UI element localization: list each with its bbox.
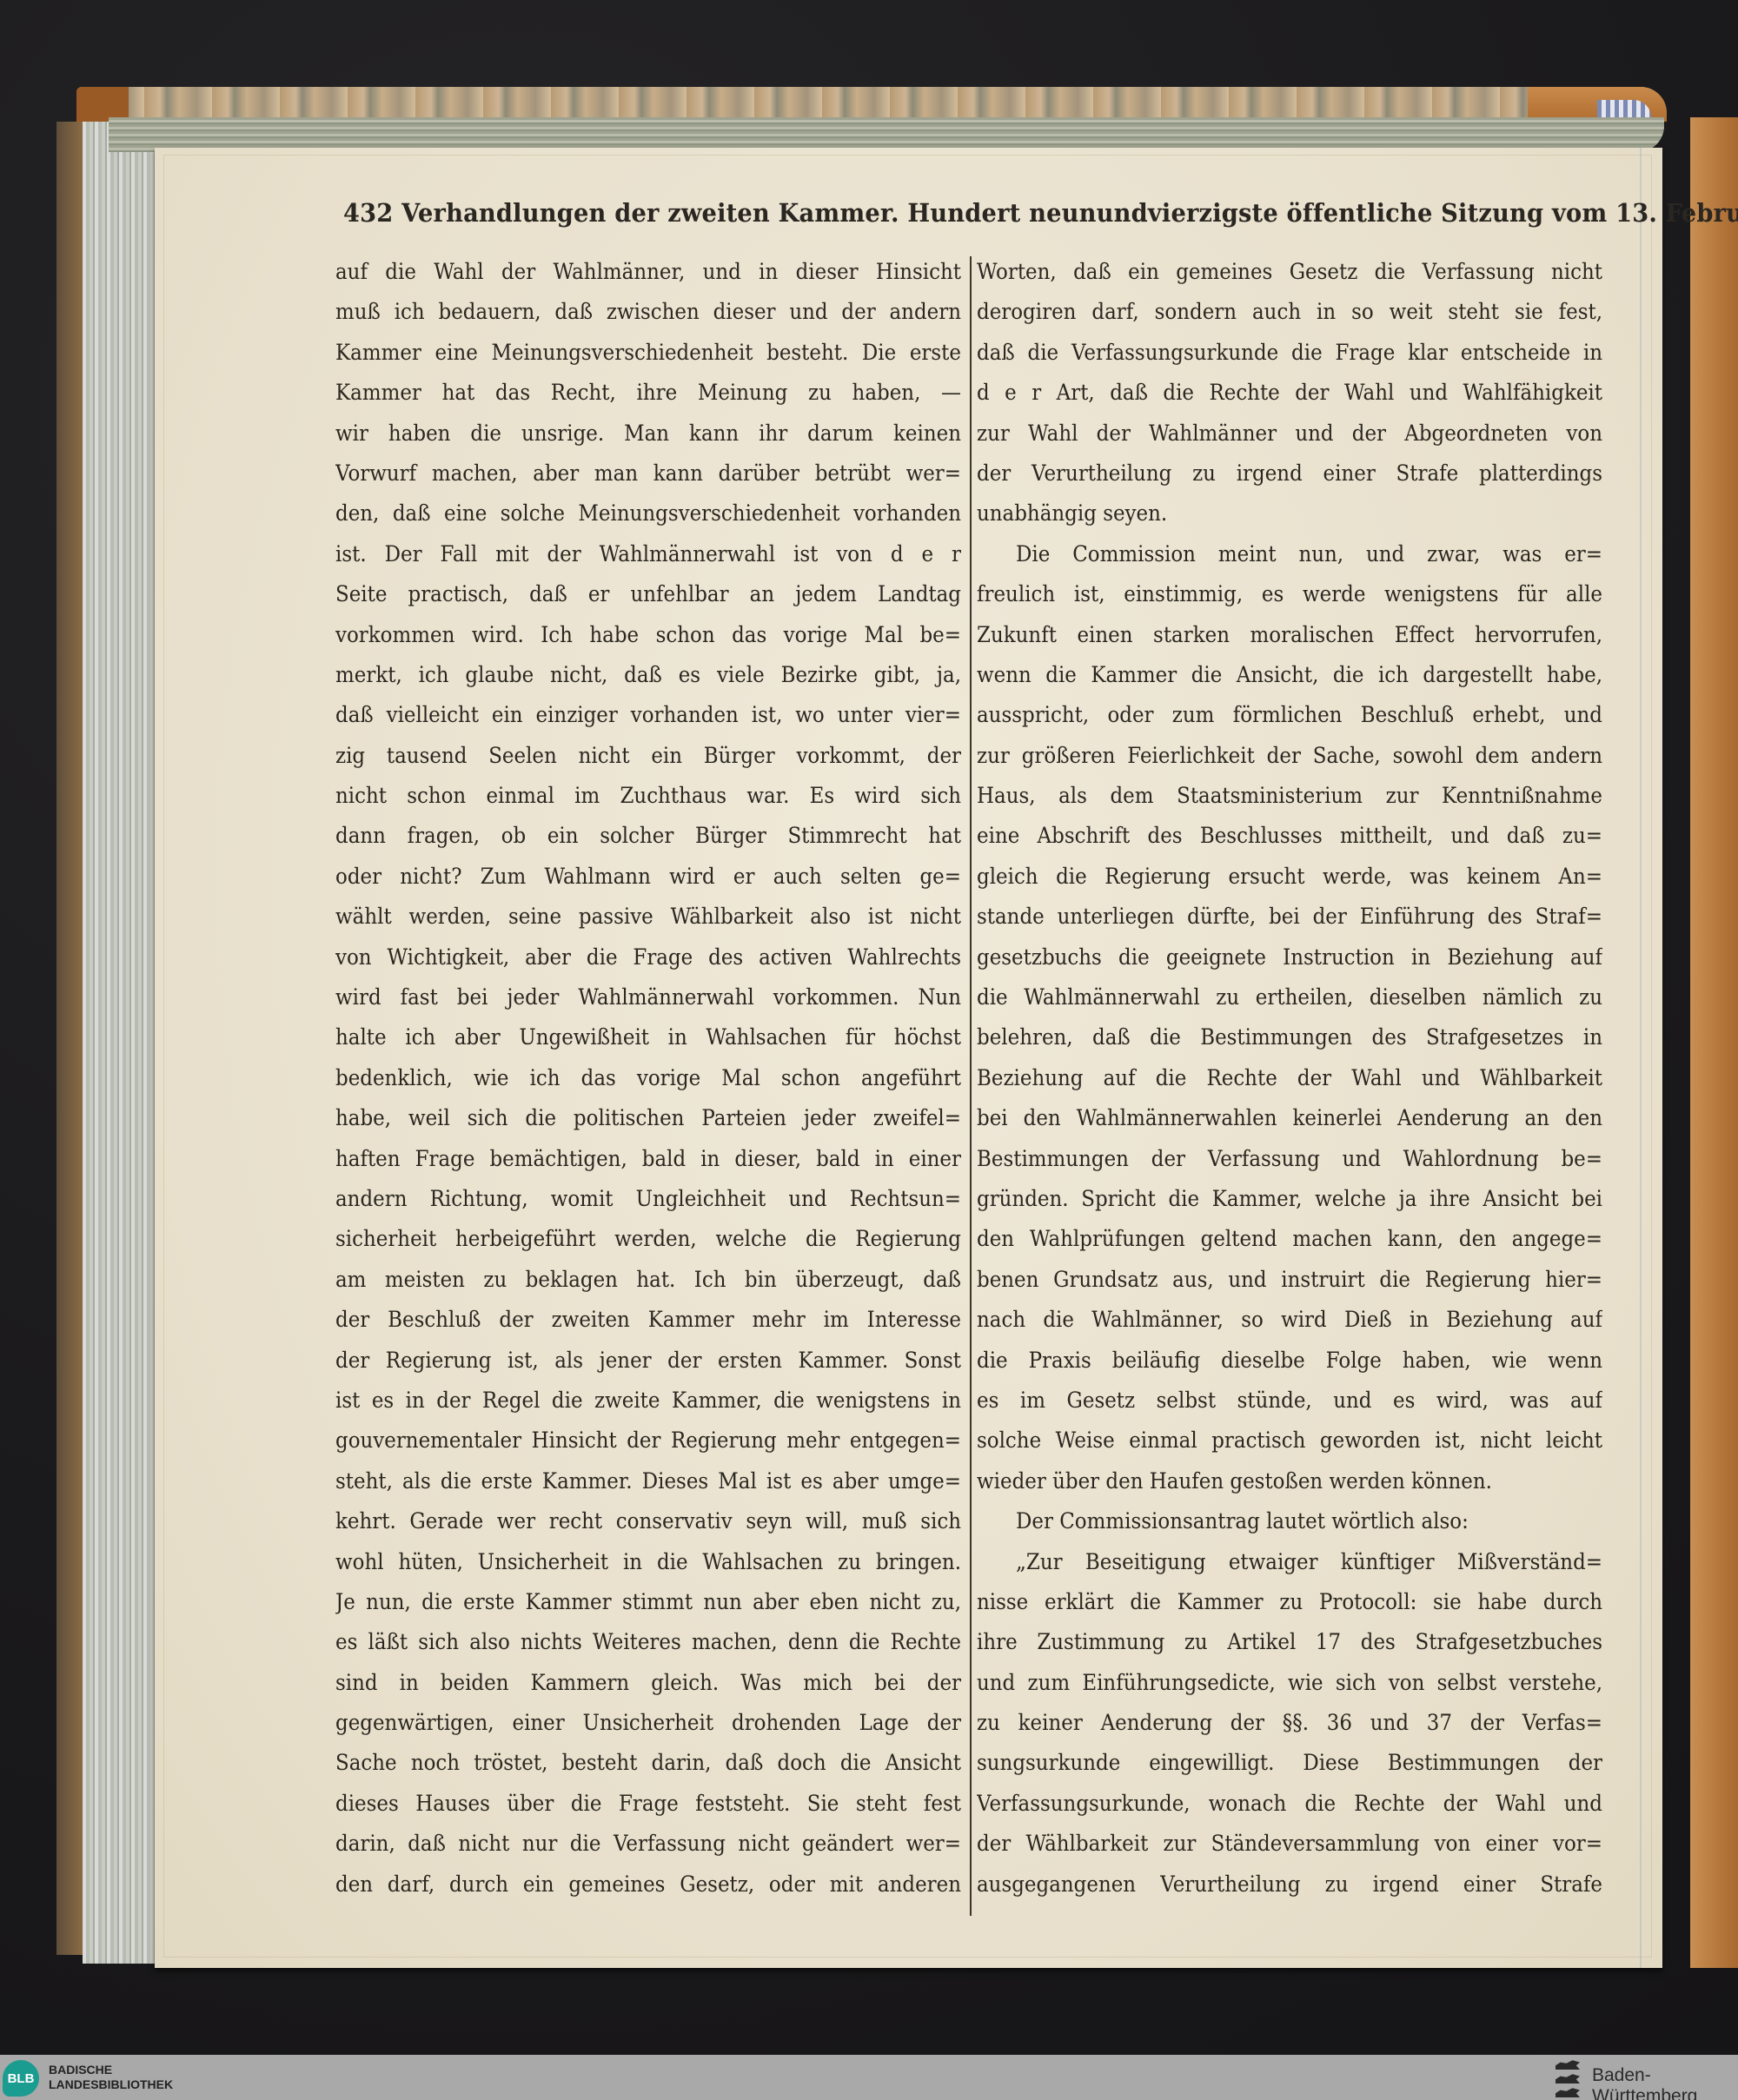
text-line: ihre Zustimmung zu Artikel 17 des Strafg… — [977, 1622, 1602, 1662]
baden-wuerttemberg-lions-icon[interactable] — [1556, 2059, 1582, 2097]
blb-logo-text: BLB — [8, 2071, 35, 2086]
text-line: nach die Wahlmänner, so wird Dieß in Bez… — [977, 1300, 1602, 1340]
text-line: freulich ist, einstimmig, es werde wenig… — [977, 574, 1602, 614]
page-stack-top — [109, 117, 1664, 152]
text-line: Seite practisch, daß er unfehlbar an jed… — [335, 574, 961, 614]
text-line: wohl hüten, Unsicherheit in die Wahlsach… — [335, 1542, 961, 1582]
text-line: d e r Art, daß die Rechte der Wahl und W… — [977, 373, 1602, 413]
text-line: andern Richtung, womit Ungleichheit und … — [335, 1179, 961, 1219]
text-line: den darf, durch ein gemeines Gesetz, ode… — [335, 1865, 961, 1905]
text-line: zu keiner Aenderung der §§. 36 und 37 de… — [977, 1703, 1602, 1743]
text-line: Sache noch tröstet, besteht darin, daß d… — [335, 1743, 961, 1783]
text-line: haften Frage bemächtigen, bald in dieser… — [335, 1139, 961, 1179]
text-line: wenn die Kammer die Ansicht, die ich dar… — [977, 655, 1602, 695]
text-line: bei den Wahlmännerwahlen keinerlei Aende… — [977, 1098, 1602, 1138]
text-line: und zum Einführungsedicte, wie sich von … — [977, 1663, 1602, 1703]
page-stack-left — [83, 122, 156, 1964]
text-line: „Zur Beseitigung etwaiger künftiger Mißv… — [977, 1542, 1602, 1582]
text-line: wird fast bei jeder Wahlmännerwahl vorko… — [335, 977, 961, 1017]
text-line: daß vielleicht ein einziger vorhanden is… — [335, 695, 961, 735]
text-column-right: Worten, daß ein gemeines Gesetz die Verf… — [977, 252, 1602, 1905]
text-line: Die Commission meint nun, und zwar, was … — [977, 534, 1602, 574]
text-line: gouvernementaler Hinsicht der Regierung … — [335, 1421, 961, 1461]
text-line: wir haben die unsrige. Man kann ihr daru… — [335, 414, 961, 454]
text-line: es im Gesetz selbst stünde, und es wird,… — [977, 1381, 1602, 1421]
book-cover-top-edge — [76, 87, 1667, 122]
text-line: sicherheit herbeigeführt werden, welche … — [335, 1219, 961, 1259]
text-line: dieses Hauses über die Frage feststeht. … — [335, 1784, 961, 1824]
text-line: der Verurtheilung zu irgend einer Strafe… — [977, 454, 1602, 494]
text-line: steht, als die erste Kammer. Dieses Mal … — [335, 1461, 961, 1501]
text-line: der Wählbarkeit zur Ständeversammlung vo… — [977, 1824, 1602, 1864]
lion-icon — [1556, 2059, 1580, 2070]
text-line: eine Abschrift des Beschlusses mittheilt… — [977, 816, 1602, 856]
text-line: Kammer eine Meinungsverschiedenheit best… — [335, 333, 961, 373]
text-line: merkt, ich glaube nicht, daß es viele Be… — [335, 655, 961, 695]
text-line: derogiren darf, sondern auch in so weit … — [977, 292, 1602, 332]
text-line: wieder über den Haufen gestoßen werden k… — [977, 1461, 1602, 1501]
text-line: darin, daß nicht nur die Verfassung nich… — [335, 1824, 961, 1864]
blb-logo-icon[interactable]: BLB — [3, 2060, 39, 2097]
book-spine-edge — [1690, 117, 1738, 1968]
text-line: es läßt sich also nichts Weiteres machen… — [335, 1622, 961, 1662]
text-line: Vorwurf machen, aber man kann darüber be… — [335, 454, 961, 494]
text-line: Zukunft einen starken moralischen Effect… — [977, 615, 1602, 655]
text-line: ist. Der Fall mit der Wahlmännerwahl ist… — [335, 534, 961, 574]
text-line: gegenwärtigen, einer Unsicherheit drohen… — [335, 1703, 961, 1743]
running-head: 432 Verhandlungen der zweiten Kammer. Hu… — [343, 198, 1503, 233]
state-name[interactable]: Baden-Württemberg — [1592, 2065, 1738, 2100]
text-line: die Praxis beiläufig dieselbe Folge habe… — [977, 1341, 1602, 1381]
text-line: halte ich aber Ungewißheit in Wahlsachen… — [335, 1017, 961, 1057]
text-line: vorkommen wird. Ich habe schon das vorig… — [335, 615, 961, 655]
text-line: dann fragen, ob ein solcher Bürger Stimm… — [335, 816, 961, 856]
text-line: Der Commissionsantrag lautet wörtlich al… — [977, 1501, 1602, 1541]
text-line: stande unterliegen dürfte, bei der Einfü… — [977, 897, 1602, 937]
text-line: sungsurkunde eingewilligt. Diese Bestimm… — [977, 1743, 1602, 1783]
text-line: zur Wahl der Wahlmänner und der Abgeordn… — [977, 414, 1602, 454]
text-line: belehren, daß die Bestimmungen des Straf… — [977, 1017, 1602, 1057]
library-name-line1: BADISCHE — [49, 2063, 173, 2077]
text-line: die Wahlmännerwahl zu ertheilen, dieselb… — [977, 977, 1602, 1017]
column-divider — [970, 256, 972, 1916]
lion-icon — [1556, 2073, 1580, 2083]
text-line: benen Grundsatz aus, und instruirt die R… — [977, 1260, 1602, 1300]
text-line: nisse erklärt die Kammer zu Protocoll: s… — [977, 1582, 1602, 1622]
text-line: Haus, als dem Staatsministerium zur Kenn… — [977, 776, 1602, 816]
text-line: gleich die Regierung ersucht werde, was … — [977, 857, 1602, 897]
text-line: wählt werden, seine passive Wählbarkeit … — [335, 897, 961, 937]
leather-corner-left — [76, 87, 129, 122]
text-line: muß ich bedauern, daß zwischen dieser un… — [335, 292, 961, 332]
text-line: auf die Wahl der Wahlmänner, und in dies… — [335, 252, 961, 292]
text-line: am meisten zu beklagen hat. Ich bin über… — [335, 1260, 961, 1300]
text-line: ausgegangenen Verurtheilung zu irgend ei… — [977, 1865, 1602, 1905]
text-line: solche Weise einmal practisch geworden i… — [977, 1421, 1602, 1461]
text-line: Verfassungsurkunde, wonach die Rechte de… — [977, 1784, 1602, 1824]
text-line: ausspricht, oder zum förmlichen Beschluß… — [977, 695, 1602, 735]
text-line: gründen. Spricht die Kammer, welche ja i… — [977, 1179, 1602, 1219]
text-line: Worten, daß ein gemeines Gesetz die Verf… — [977, 252, 1602, 292]
text-line: von Wichtigkeit, aber die Frage des acti… — [335, 937, 961, 977]
text-line: bedenklich, wie ich das vorige Mal schon… — [335, 1058, 961, 1098]
text-line: Kammer hat das Recht, ihre Meinung zu ha… — [335, 373, 961, 413]
text-line: zig tausend Seelen nicht ein Bürger vork… — [335, 736, 961, 776]
library-name[interactable]: BADISCHE LANDESBIBLIOTHEK — [49, 2063, 173, 2092]
text-line: Je nun, die erste Kammer stimmt nun aber… — [335, 1582, 961, 1622]
library-name-line2: LANDESBIBLIOTHEK — [49, 2077, 173, 2092]
viewer-footer-bar: BLB BADISCHE LANDESBIBLIOTHEK Baden-Würt… — [0, 2055, 1738, 2100]
text-line: der Beschluß der zweiten Kammer mehr im … — [335, 1300, 961, 1340]
text-line: kehrt. Gerade wer recht conservativ seyn… — [335, 1501, 961, 1541]
text-line: Bestimmungen der Verfassung und Wahlordn… — [977, 1139, 1602, 1179]
text-line: Beziehung auf die Rechte der Wahl und Wä… — [977, 1058, 1602, 1098]
text-line: unabhängig seyen. — [977, 494, 1602, 533]
lion-icon — [1556, 2087, 1580, 2097]
text-line: habe, weil sich die politischen Parteien… — [335, 1098, 961, 1138]
text-line: gesetzbuchs die geeignete Instruction in… — [977, 937, 1602, 977]
text-line: zur größeren Feierlichkeit der Sache, so… — [977, 736, 1602, 776]
text-line: den Wahlprüfungen geltend machen kann, d… — [977, 1219, 1602, 1259]
page-gutter — [1640, 148, 1642, 1968]
text-line: ist es in der Regel die zweite Kammer, d… — [335, 1381, 961, 1421]
text-line: nicht schon einmal im Zuchthaus war. Es … — [335, 776, 961, 816]
text-column-left: auf die Wahl der Wahlmänner, und in dies… — [335, 252, 961, 1905]
text-line: den, daß eine solche Meinungsverschieden… — [335, 494, 961, 533]
text-line: daß die Verfassungsurkunde die Frage kla… — [977, 333, 1602, 373]
text-line: der Regierung ist, als jener der ersten … — [335, 1341, 961, 1381]
text-line: sind in beiden Kammern gleich. Was mich … — [335, 1663, 961, 1703]
text-line: oder nicht? Zum Wahlmann wird er auch se… — [335, 857, 961, 897]
